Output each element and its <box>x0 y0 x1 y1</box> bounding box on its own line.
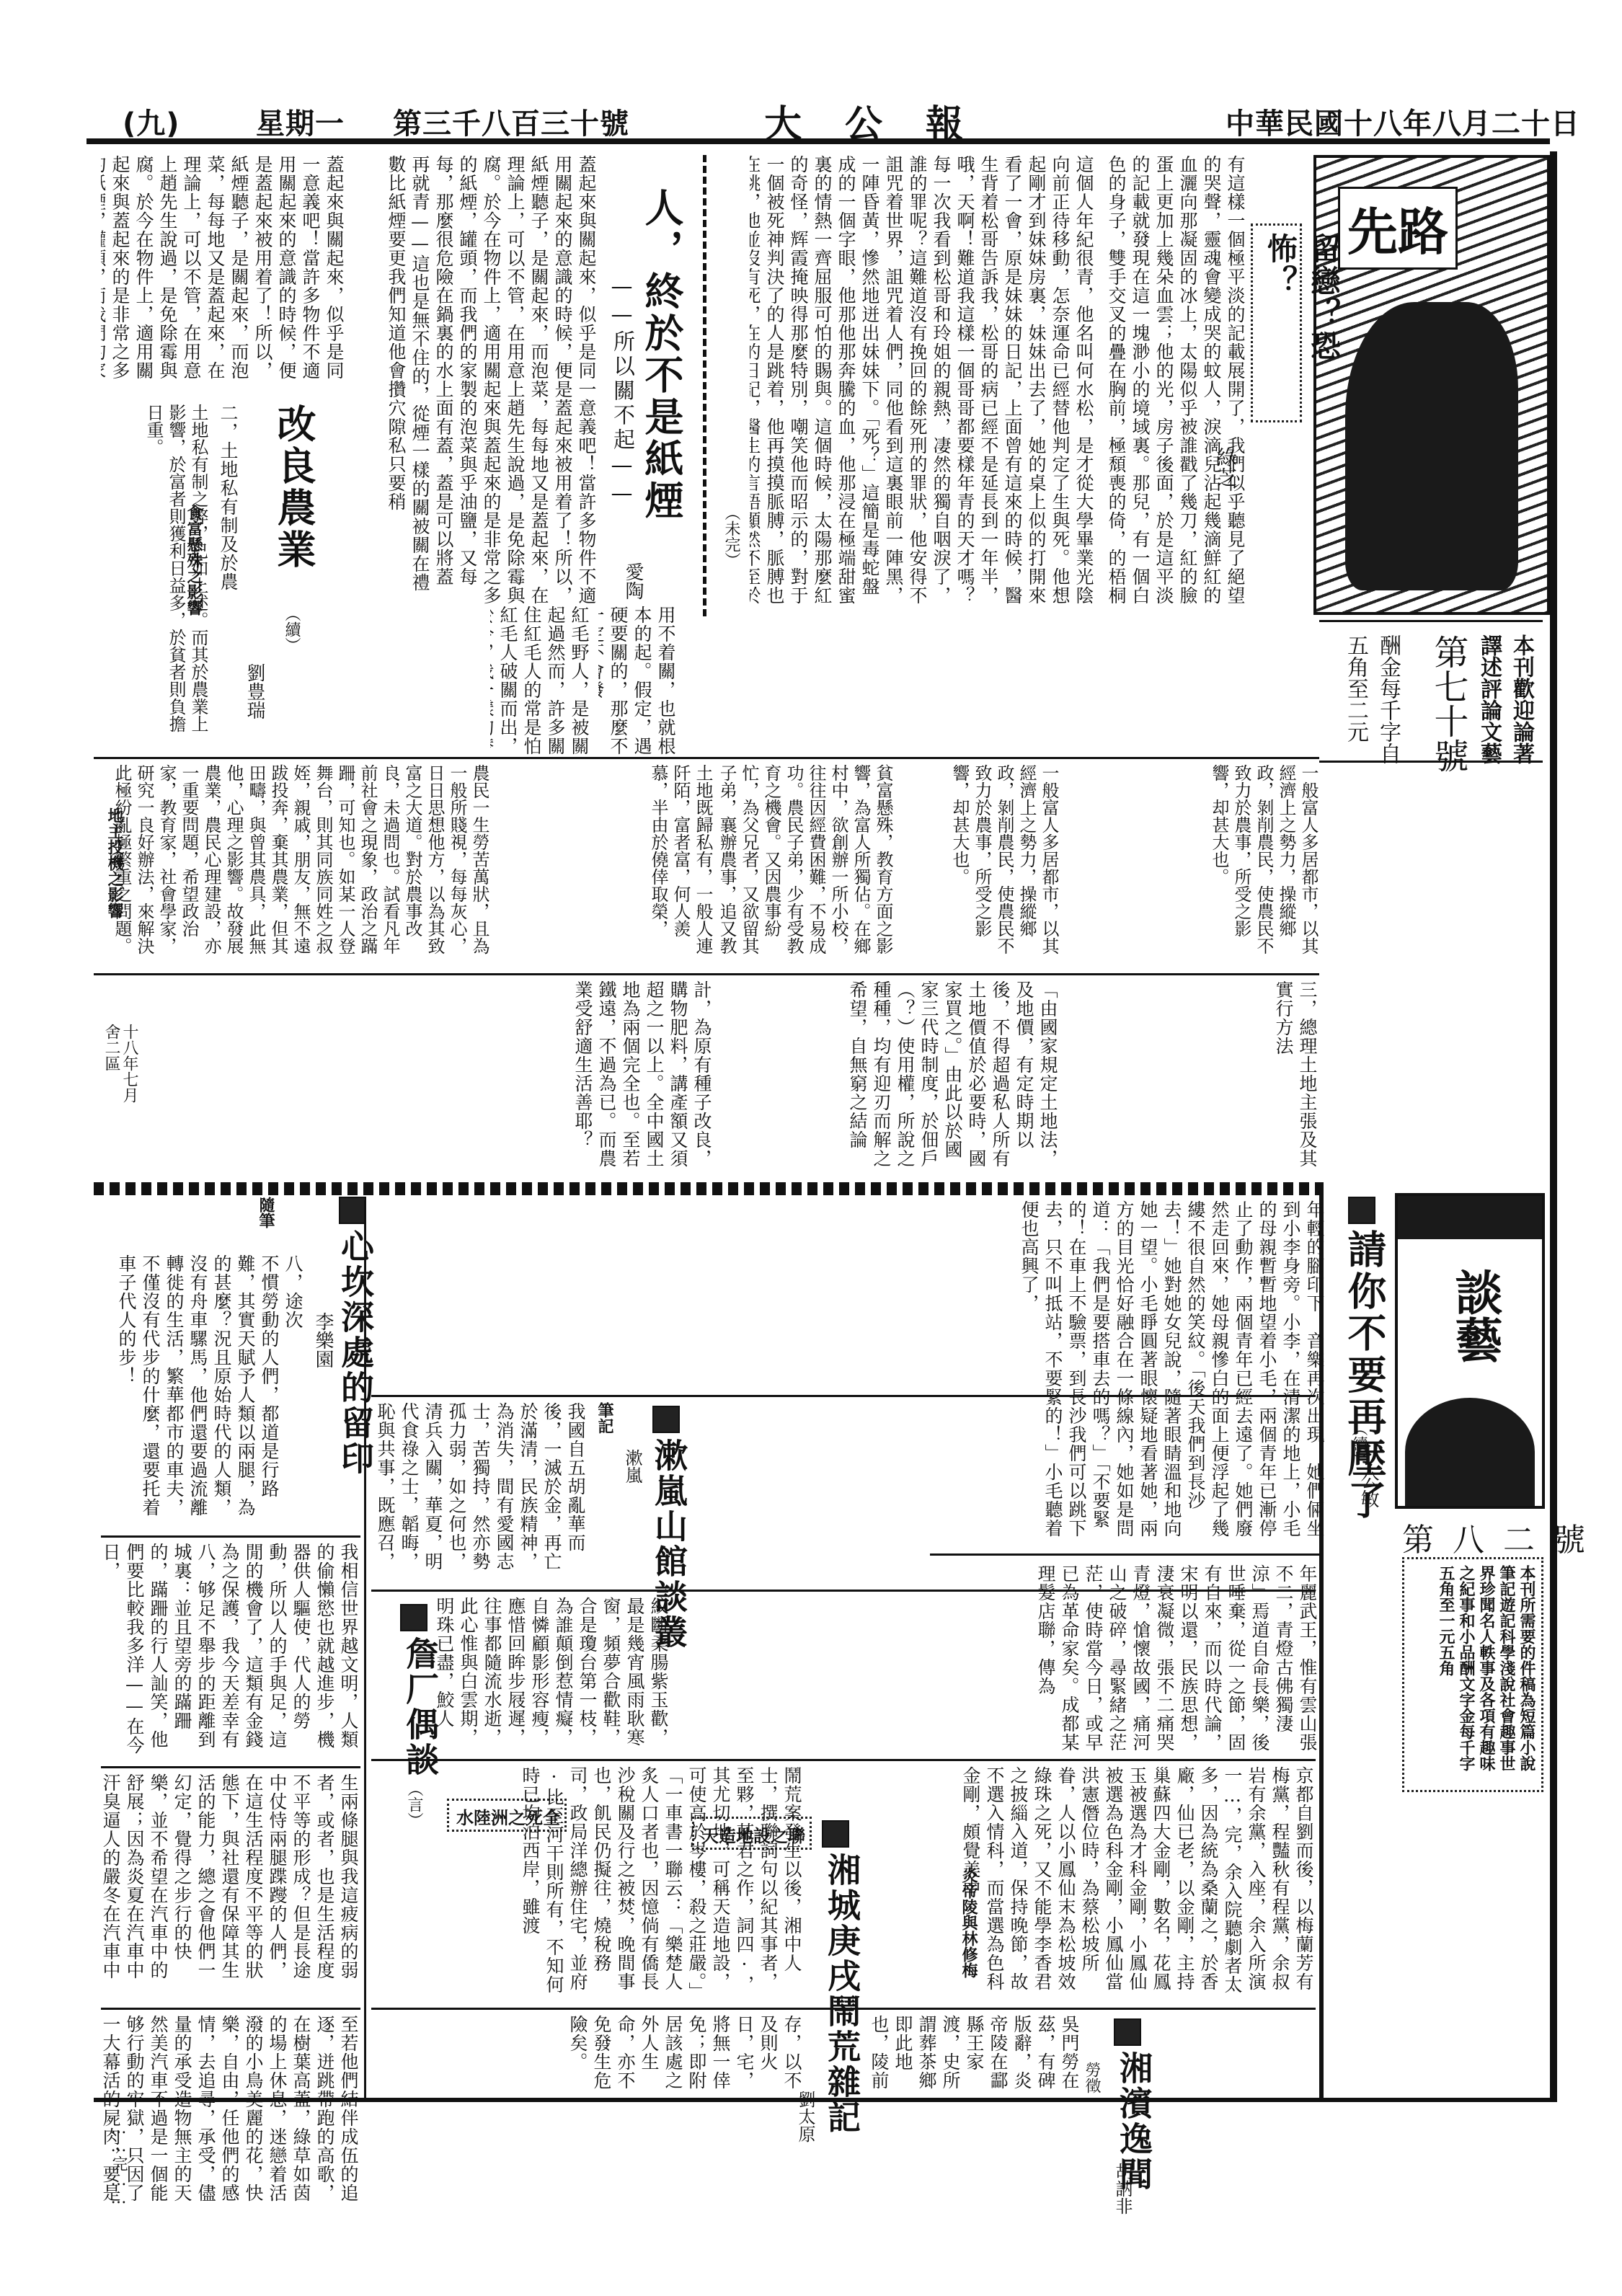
essay-title: 人，終於不是紙煙 <box>634 187 690 522</box>
fee-line2: 五角至二元 <box>1341 634 1370 743</box>
agri-section-2: 二，土地私有制及於農 <box>216 404 240 591</box>
section-marker-icon <box>1348 1197 1375 1227</box>
agri-title-suffix: （續） <box>281 606 301 653</box>
supplement-title: 先路 <box>1338 187 1458 270</box>
story-body-part2: 這個人年紀很青，他名叫何水松，是才從大學畢業光陰向前正待移動，怎奈運命已經替他判… <box>750 155 1096 606</box>
tanyi-title-art: 談藝 <box>1395 1193 1545 1509</box>
band-rule-1 <box>94 757 1319 759</box>
essay-body-left: 蓋起來與關起來，似乎是同一意義吧！當許多物件不適用關起來的意識的時候，便是蓋起來… <box>101 155 346 393</box>
divider <box>1319 620 1543 622</box>
divider <box>101 1535 360 1538</box>
tanyi-notice: 本刊所需要的件稿為短篇小說筆記遊記科學淺說社會趣事世界珍聞名人軼事及各項有趣味之… <box>1407 1565 1537 1781</box>
ornamental-divider <box>94 1182 1319 1195</box>
agri-land-law: 「由國家規定土地法，及地價，有定時期以後，不得超過私人所有土地價值於必要時，國家… <box>721 980 1060 1175</box>
story-title: 留戀？恐怖？ <box>1259 233 1345 420</box>
red-hair-paragraph: 紅毛野人，是被關起過然而，許多關住紅毛人的常是怕紅毛人破關而出，於今，我一樣的替… <box>490 606 591 764</box>
figure-illustration <box>1405 1398 1535 1506</box>
masthead-rule <box>87 138 1550 144</box>
issue-number: 第三千八百三十號 <box>393 101 629 142</box>
section-marker-icon <box>1114 2018 1141 2049</box>
article-subitem-xiangbin: 勞徵 <box>1081 2062 1102 2093</box>
article-body-shulan: 我國自五胡亂華而後，一滅於金，再亡於滿清，民族精神，為消失，間有愛國志士，苦獨持… <box>371 1402 588 1575</box>
article-section-heart-imprint: 八，途次 <box>281 1254 305 1329</box>
agri-closing: 計，為原有種子改良，購物肥料，講產額又須超之一以上。全中國土地為兩個完全也。至若… <box>144 980 714 1175</box>
divider <box>371 1395 1316 1397</box>
divider <box>930 1553 1319 1556</box>
article-end-heart-imprint: ……完…… <box>108 2119 128 2207</box>
agri-section-e: 農民一生勞苦萬狀，且為一般所賤視，每每灰心，日日思想他方，以為其致富之大道。對於… <box>101 764 490 966</box>
divider <box>371 1759 1316 1761</box>
notice-line1: 本刊歡迎論著 <box>1507 634 1535 764</box>
divider <box>101 1766 360 1768</box>
tanyi-title: 談藝 <box>1441 1268 1510 1363</box>
divider <box>371 2008 1316 2010</box>
section-marker-icon <box>339 1197 366 1227</box>
essay-author: 愛陶 <box>620 562 647 600</box>
article-body-xiangcheng-2: 存，以不及則火日，宅，將無一倖免；即附居該處之外人生命，亦不免發生危險矣。 <box>371 2015 804 2094</box>
essay-tail: 用不着關，也就根本的起。假定，遇硬要關的，那麼不一定不會發 <box>598 606 678 764</box>
article-author-xiangbin: 胡訥非 <box>1110 2163 1135 2215</box>
supplement-issue: 第七十號 <box>1424 634 1473 773</box>
agri-section-e-heading: 地主投機之影響 <box>105 807 125 918</box>
divider <box>101 2008 360 2010</box>
agri-dateline2: 舍二區 <box>101 1024 121 1071</box>
article-body-heart-imprint-4: 至若他們結伴成伍的追逐，迸跳帶跑的高歌，在樹葉高蓋，綠草如茵的場上休息，迷戀着活… <box>101 2015 360 2217</box>
agri-section-b: 一般富人多居都市，以其經濟上之勢力，操縱鄉政，剝削農民，使農民不致力於農事，所受… <box>894 764 1060 966</box>
tanyi-issue: 第八二號 <box>1402 1514 1604 1560</box>
weekday: 星期一 <box>256 101 345 142</box>
section-marker-icon <box>652 1406 680 1436</box>
column-divider <box>703 155 706 616</box>
agri-dateline: 十八年七月 <box>119 1024 139 1103</box>
article-body-please-stop: 年輕的腳印下，音樂再次出現，她們倆坐到小李身旁。小李，在清潔的地上，小毛的母親暫… <box>692 1200 1326 1539</box>
agri-title: 改良農業 <box>267 404 322 571</box>
essay-subtitle: ——所以關不起—— <box>606 274 637 509</box>
agri-section-c: 貧富懸殊，教育方面之影響，為富人所獨佔。在鄉村中，欲創辦一所小校，往往因經費困難… <box>721 764 894 966</box>
tanyi-notice-frame: 本刊所需要的件稿為短篇小說筆記遊記科學淺說社會趣事世界珍聞名人軼事及各項有趣味之… <box>1402 1557 1543 1792</box>
section-marker-icon <box>400 1604 427 1634</box>
column-label-biji: 筆記 <box>595 1402 615 1434</box>
article-body-xiangcheng: 鬧荒案發生以後，湘中人士，撰聯詞句以紀其事者，至夥，某君之作，詞四·，其尤切地，… <box>371 1766 804 2004</box>
column-divider <box>364 1200 366 2101</box>
agri-author: 劉豊瑞 <box>241 663 268 719</box>
article-author-please-stop: 公敏 <box>1355 1471 1382 1508</box>
divider <box>1319 761 1543 763</box>
article-author-shulan: 漱嵐 <box>620 1449 645 1484</box>
article-body-zhanchang: 紋斷柔腸紫玉歡，最是幾宵風雨耿寒窗，頻夢合歡鞋，合是瓊台第一枝，為誰顛倒惹情癡，… <box>433 1597 670 1755</box>
article-body-zhangbuer: 年麗武王，惟有雲山張不二，青燈古佛獨淒涼」焉道自命長樂，後世唾棄，從一之節，固有… <box>930 1564 1319 1752</box>
story-end-mark: （未完） <box>721 505 741 568</box>
agri-section-d: 土地既歸私有，一般人連阡陌，富者富，何人羨慕，半由於僥倖取榮， <box>497 764 714 966</box>
page-number: (九) <box>123 101 180 142</box>
curtain-illustration <box>1398 1196 1542 1239</box>
right-border-rule <box>1550 151 1557 2098</box>
article-body-heart-imprint-3: 生兩條腿與我這疲病的弱者，或者，也是生活程度不平等的形成？但是長途中仗恃兩腿蹀躞… <box>101 1773 360 1997</box>
column-label-suibi: 隨筆 <box>256 1197 276 1228</box>
date: 中華民國十八年八月二十日 <box>1226 101 1580 142</box>
article-suffix-please-stop: （續） <box>1348 1420 1368 1468</box>
article-author-heart-imprint: 李樂園 <box>310 1312 337 1368</box>
band-rule-2 <box>94 973 1319 975</box>
agri-section-b-prefix: 一般富人多居都市，以其經濟上之勢力，操縱鄉政，剝削農民，使農民不致力於農事，所受… <box>1067 764 1319 966</box>
horse-rider-illustration <box>1345 302 1518 590</box>
notice-line2: 譯述評論文藝 <box>1474 634 1503 764</box>
essay-body: 蓋起來與關起來，似乎是同一意義吧！當許多物件不適用關起來的意識的時候，便是蓋起來… <box>353 155 598 606</box>
agri-section-a-heading: 食富懸殊之影響 <box>184 505 204 616</box>
agri-section-3: 三，總理土地主張及其實行方法 <box>1067 980 1319 1175</box>
article-body-heart-imprint-1: 不慣勞動的人們，都道是行路難，其實天賦予人類以兩腿，為的甚麼？況且原始時代的人類… <box>101 1254 281 1528</box>
story-title-frame: 留戀？恐怖？ <box>1251 223 1302 422</box>
article-body-xiangbin: 吳門勞在茲，有碑版辭，炎帝陵在酃縣王家渡，史所謂葬茶鄉即此地也，陵前有奉聖祠，甬… <box>865 2015 1081 2094</box>
story-body-part1: 有這樣一個極平淡的記載展開了，我們似乎聽見了絕望的哭聲，靈魂會變成哭的蚊人，淚滴… <box>1103 155 1247 606</box>
bottom-rule <box>94 2098 1557 2102</box>
supplement-title-art: 先路 <box>1313 155 1550 615</box>
fee-line1: 酬金每千字自 <box>1373 634 1402 764</box>
article-body-heart-imprint-2: 我相信世界越文明，人類的偷懶慾也就越進步，機器供人驅使，代人的勞動，所以人的手與… <box>101 1543 360 1759</box>
article-body-xiangbin-2: 京都自劉而後，以梅蘭芳有梅黨，程豔秋有程黨，余叔岩有余黨，入座，余入所演一…，完… <box>836 1766 1316 2004</box>
